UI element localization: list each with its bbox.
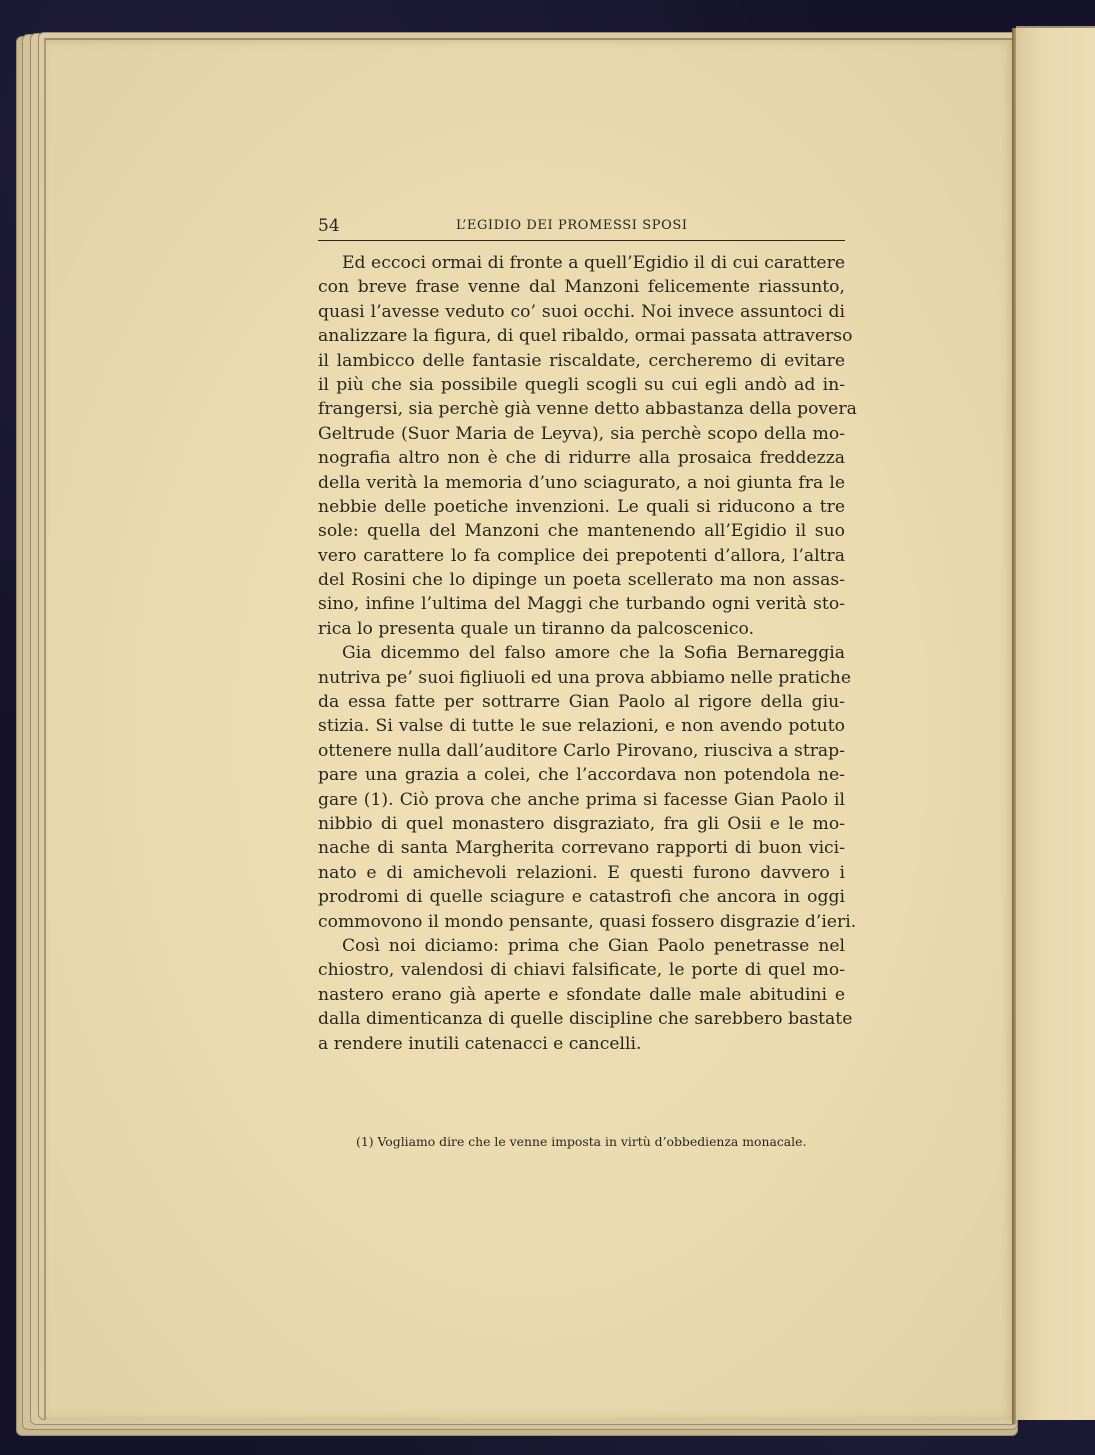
right-page-edge xyxy=(1016,26,1095,1420)
running-head: 54 L’EGIDIO DEI PROMESSI SPOSI xyxy=(318,212,845,241)
text-block: 54 L’EGIDIO DEI PROMESSI SPOSI Ed eccoci… xyxy=(318,212,845,1056)
text-line: il più che sia possibile quegli scogli s… xyxy=(318,373,845,397)
paragraph-1: Ed eccoci ormai di fronte a quell’Egidio… xyxy=(318,251,845,641)
text-line: nache di santa Margherita correvano rapp… xyxy=(318,836,845,860)
text-line: della verità la memoria d’uno sciagurato… xyxy=(318,471,845,495)
text-line: da essa fatte per sottrarre Gian Paolo a… xyxy=(318,690,845,714)
text-line: prodromi di quelle sciagure e catastrofi… xyxy=(318,885,845,909)
text-line: pare una grazia a colei, che l’accordava… xyxy=(318,763,845,787)
text-line: nibbio di quel monastero disgraziato, fr… xyxy=(318,812,845,836)
text-line: analizzare la figura, di quel ribaldo, o… xyxy=(318,324,845,348)
running-head-title: L’EGIDIO DEI PROMESSI SPOSI xyxy=(456,218,688,233)
text-line: nebbie delle poetiche invenzioni. Le qua… xyxy=(318,495,845,519)
body-text: Ed eccoci ormai di fronte a quell’Egidio… xyxy=(318,251,845,1056)
text-line: rica lo presenta quale un tiranno da pal… xyxy=(318,617,845,641)
text-line: nutriva pe’ suoi figliuoli ed una prova … xyxy=(318,666,845,690)
paragraph-2: Gia dicemmo del falso amore che la Sofia… xyxy=(318,641,845,934)
text-line: ottenere nulla dall’auditore Carlo Pirov… xyxy=(318,739,845,763)
text-line: sino, infine l’ultima del Maggi che turb… xyxy=(318,592,845,616)
text-line: Geltrude (Suor Maria de Leyva), sia perc… xyxy=(318,422,845,446)
text-line: stizia. Si valse di tutte le sue relazio… xyxy=(318,714,845,738)
text-line: vero carattere lo fa complice dei prepot… xyxy=(318,544,845,568)
text-line: commovono il mondo pensante, quasi fosse… xyxy=(318,910,845,934)
page-number: 54 xyxy=(318,216,340,236)
text-line: gare (1). Ciò prova che anche prima si f… xyxy=(318,788,845,812)
text-line: dalla dimenticanza di quelle discipline … xyxy=(318,1007,845,1031)
text-line: nato e di amichevoli relazioni. E questi… xyxy=(318,861,845,885)
text-line: Così noi diciamo: prima che Gian Paolo p… xyxy=(318,934,845,958)
text-line: chiostro, valendosi di chiavi falsificat… xyxy=(318,958,845,982)
text-line: Gia dicemmo del falso amore che la Sofia… xyxy=(318,641,845,665)
text-line: nastero erano già aperte e sfondate dall… xyxy=(318,983,845,1007)
text-line: Ed eccoci ormai di fronte a quell’Egidio… xyxy=(318,251,845,275)
text-line: frangersi, sia perchè già venne detto ab… xyxy=(318,397,845,421)
footnote: (1) Vogliamo dire che le venne imposta i… xyxy=(356,1134,841,1149)
text-line: quasi l’avesse veduto co’ suoi occhi. No… xyxy=(318,300,845,324)
text-line: nografia altro non è che di ridurre alla… xyxy=(318,446,845,470)
text-line: sole: quella del Manzoni che mantenendo … xyxy=(318,519,845,543)
paragraph-3: Così noi diciamo: prima che Gian Paolo p… xyxy=(318,934,845,1056)
text-line: il lambicco delle fantasie riscaldate, c… xyxy=(318,349,845,373)
text-line: del Rosini che lo dipinge un poeta scell… xyxy=(318,568,845,592)
text-line: con breve frase venne dal Manzoni felice… xyxy=(318,275,845,299)
text-line: a rendere inutili catenacci e cancelli. xyxy=(318,1032,845,1056)
